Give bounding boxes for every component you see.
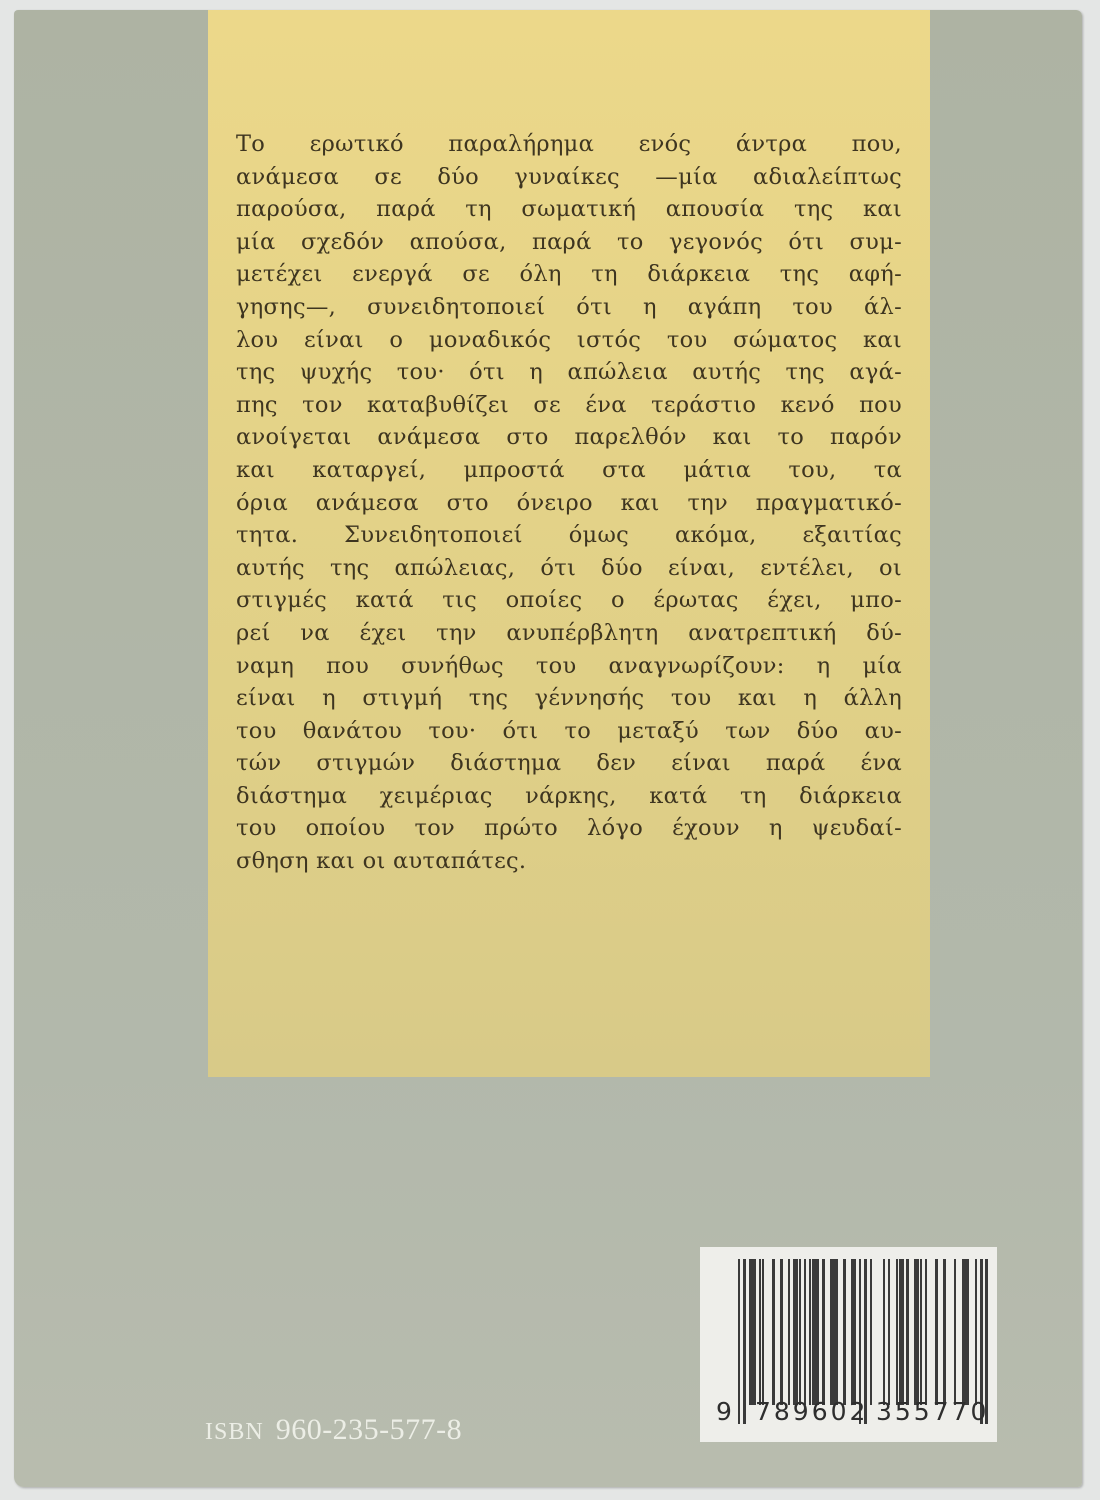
barcode-bar xyxy=(772,1259,774,1405)
blurb-line: της ψυχής του· ότι η απώλεια αυτής της α… xyxy=(236,356,902,389)
barcode-right-group: 355770 xyxy=(876,1397,989,1426)
barcode-bar xyxy=(804,1259,806,1405)
blurb-line: τητα. Συνειδητοποιεί όμως ακόμα, εξαιτία… xyxy=(236,519,902,552)
isbn-text: ISBN960-235-577-8 xyxy=(205,1413,462,1447)
blurb-line: μία σχεδόν απούσα, παρά το γεγονός ότι σ… xyxy=(236,226,902,259)
barcode-bar xyxy=(762,1259,764,1405)
barcode-label: 9 789602 355770 xyxy=(700,1247,997,1442)
barcode-bar xyxy=(925,1259,927,1405)
blurb-line: στιγμές κατά τις οποίες ο έρωτας έχει, μ… xyxy=(236,584,902,617)
blurb-line: είναι η στιγμή της γέννησής του και η άλ… xyxy=(236,682,902,715)
barcode-bar xyxy=(870,1259,872,1405)
blurb-line: ανάμεσα σε δύο γυναίκες —μία αδιαλείπτως xyxy=(236,161,902,194)
barcode-bar xyxy=(883,1259,885,1405)
barcode-bar xyxy=(822,1259,824,1405)
barcode-first-digit: 9 xyxy=(716,1397,732,1426)
barcode-bar xyxy=(835,1259,837,1405)
isbn-number: 960-235-577-8 xyxy=(276,1413,462,1446)
barcode-bars xyxy=(738,1259,988,1417)
barcode-bar xyxy=(843,1259,845,1405)
blurb-line: διάστημα χειμέριας νάρκης, κατά τη διάρκ… xyxy=(236,780,902,813)
blurb-line: του οποίου τον πρώτο λόγο έχουν η ψευδαί… xyxy=(236,812,902,845)
blurb-line: λου είναι ο μοναδικός ιστός του σώματος … xyxy=(236,324,902,357)
blurb-panel: Το ερωτικό παραλήρημα ενός άντρα που,ανά… xyxy=(208,10,930,1077)
blurb-line: και καταργεί, μπροστά στα μάτια του, τα xyxy=(236,454,902,487)
barcode-bar xyxy=(901,1259,903,1405)
blurb-line: ανοίγεται ανάμεσα στο παρελθόν και το πα… xyxy=(236,421,902,454)
barcode-bar xyxy=(780,1259,782,1405)
blurb-line: παρούσα, παρά τη σωματική απουσία της κα… xyxy=(236,193,902,226)
barcode-bar xyxy=(920,1259,922,1405)
barcode-bar xyxy=(817,1259,819,1405)
book-back-cover: Το ερωτικό παραλήρημα ενός άντρα που,ανά… xyxy=(14,10,1082,1487)
blurb-line: του θανάτου του· ότι το μεταξύ των δύο α… xyxy=(236,715,902,748)
barcode-bar xyxy=(888,1259,890,1405)
barcode-bar xyxy=(754,1259,756,1405)
barcode-bar xyxy=(943,1259,945,1405)
blurb-line: μετέχει ενεργά σε όλη τη διάρκεια της αφ… xyxy=(236,258,902,291)
barcode-bar xyxy=(906,1259,908,1405)
barcode-left-group: 789602 xyxy=(755,1397,868,1426)
barcode-bar xyxy=(799,1259,801,1405)
barcode-bar xyxy=(967,1259,969,1405)
blurb-line: ναμη που συνήθως του αναγνωρίζουν: η μία xyxy=(236,650,902,683)
blurb-line: ρεί να έχει την ανυπέρβλητη ανατρεπτική … xyxy=(236,617,902,650)
blurb-text: Το ερωτικό παραλήρημα ενός άντρα που,ανά… xyxy=(236,128,902,878)
blurb-line: πης τον καταβυθίζει σε ένα τεράστιο κενό… xyxy=(236,389,902,422)
barcode-bar xyxy=(975,1259,977,1405)
isbn-label: ISBN xyxy=(205,1419,264,1445)
barcode-bar xyxy=(954,1259,956,1405)
barcode-bar xyxy=(935,1259,937,1405)
barcode-bar xyxy=(854,1259,856,1405)
blurb-line: τών στιγμών διάστημα δεν είναι παρά ένα xyxy=(236,747,902,780)
blurb-line: αυτής της απώλειας, ότι δύο είναι, εντέλ… xyxy=(236,552,902,585)
barcode-bar xyxy=(788,1259,790,1405)
blurb-line: γησης—, συνειδητοποιεί ότι η αγάπη του ά… xyxy=(236,291,902,324)
blurb-line: σθηση και οι αυταπάτες. xyxy=(236,845,902,878)
barcode-digits: 9 789602 355770 xyxy=(700,1397,997,1437)
blurb-line: Το ερωτικό παραλήρημα ενός άντρα που, xyxy=(236,128,902,161)
blurb-line: όρια ανάμεσα στο όνειρο και την πραγματι… xyxy=(236,487,902,520)
